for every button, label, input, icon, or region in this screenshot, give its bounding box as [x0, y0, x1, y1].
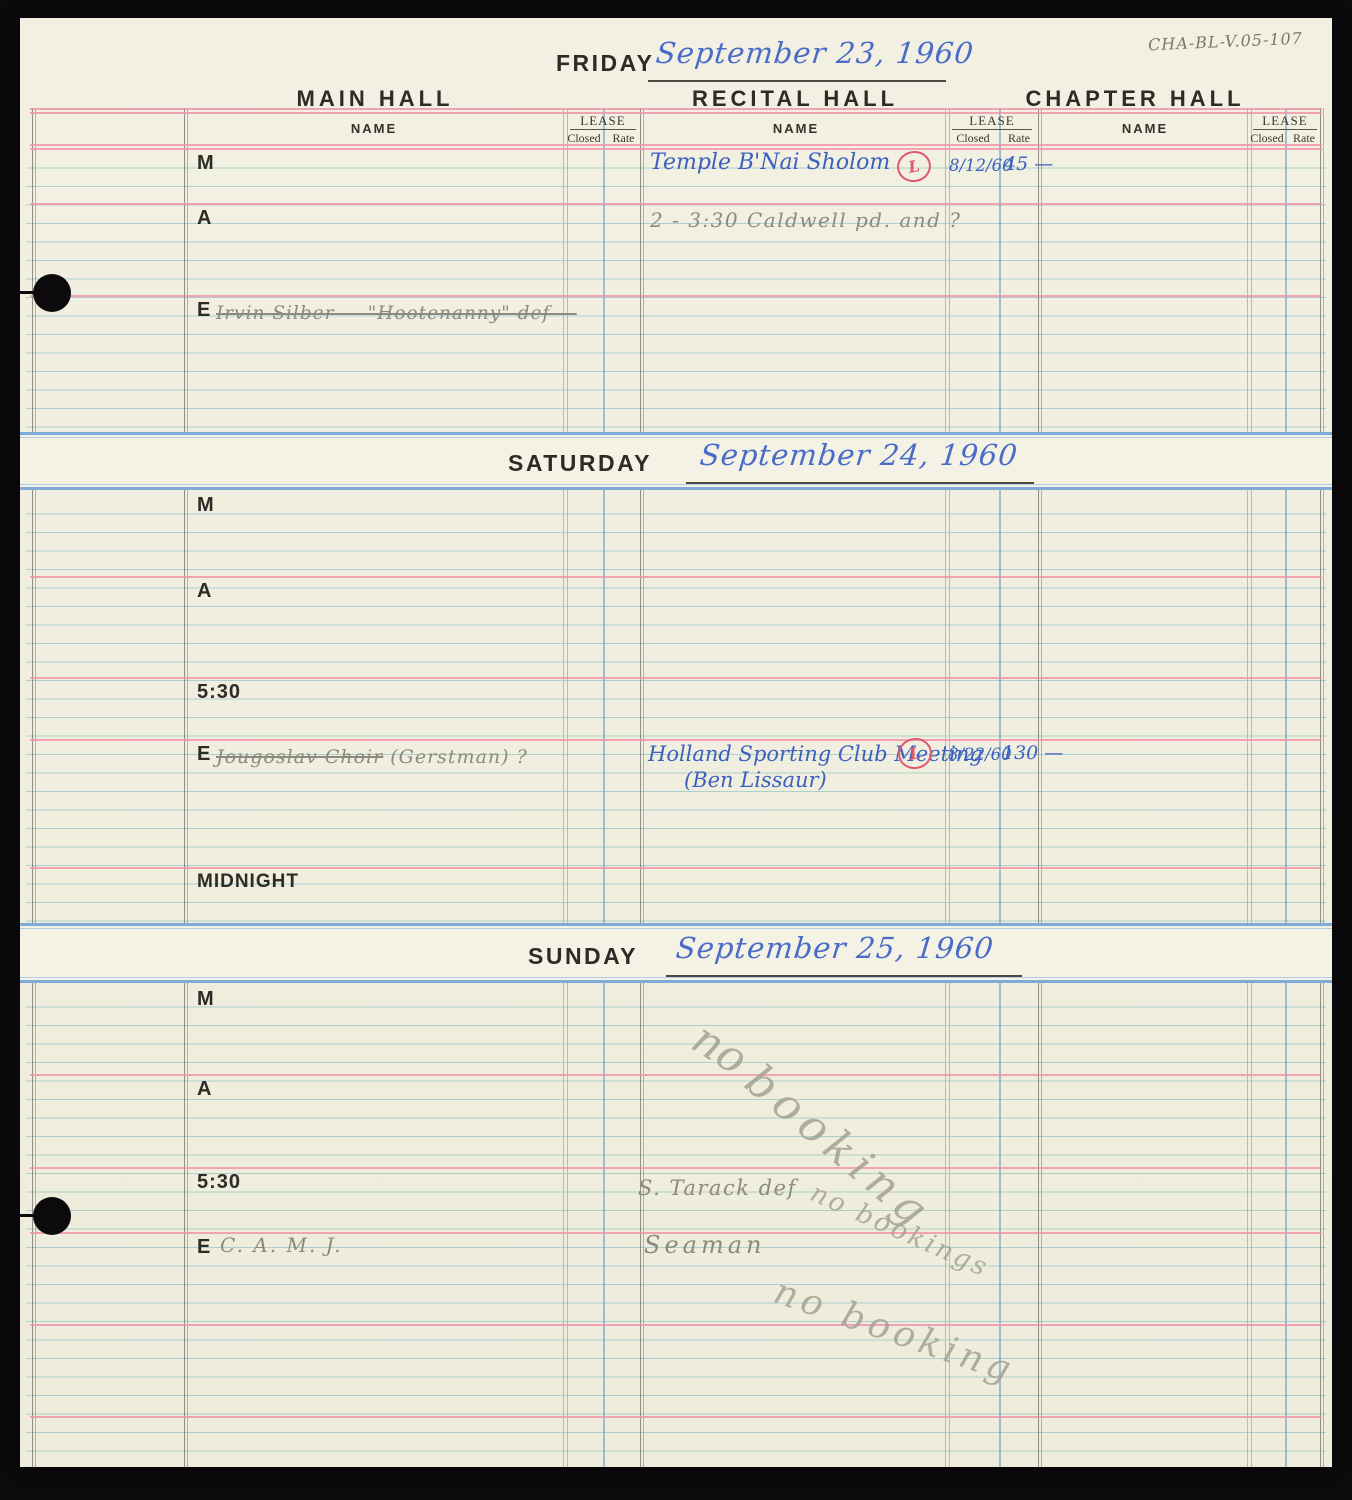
- row-label-m: M: [197, 152, 215, 175]
- row-label-530: 5:30: [197, 1171, 241, 1194]
- column-rule: [32, 490, 36, 923]
- row-label-a: A: [197, 580, 212, 603]
- column-rule: [603, 108, 605, 432]
- column-header-lease: LEASE: [564, 113, 642, 129]
- column-rule: [1320, 983, 1324, 1467]
- column-rule: [603, 490, 605, 923]
- ruled-lines: [26, 496, 1326, 923]
- rule: [30, 1167, 1322, 1169]
- row-label-530: 5:30: [197, 681, 241, 704]
- date-underline: [648, 80, 946, 82]
- column-rule: [999, 490, 1001, 923]
- column-rule: [1247, 490, 1252, 923]
- day-title-friday: FRIDAY: [556, 50, 655, 77]
- column-rule: [563, 983, 568, 1467]
- column-rule: [999, 983, 1001, 1467]
- column-header-name: NAME: [254, 121, 494, 136]
- band-rule: [20, 432, 1332, 435]
- rule: [30, 739, 1322, 741]
- cancelled-text: Jougoslav Choir: [216, 746, 383, 768]
- ruled-lines: [26, 150, 1326, 432]
- entry-temple-bnai-sholom: Temple B'Nai Sholom: [650, 150, 890, 175]
- rule: [30, 108, 1322, 110]
- column-rule: [1285, 983, 1287, 1467]
- column-rule: [1247, 108, 1252, 432]
- entry-ben-lissaur: (Ben Lissaur): [684, 768, 827, 792]
- rule: [30, 1324, 1322, 1326]
- column-header-closed: Closed: [1248, 131, 1286, 146]
- scan-background: FRIDAY September 23, 1960 CHA-BL-V.05-10…: [0, 0, 1352, 1500]
- lease-mark-letter: L: [908, 743, 922, 764]
- entry-note: (Gerstman) ?: [390, 746, 528, 768]
- entry-caldwell-note: 2 - 3:30 Caldwell pd. and ?: [650, 208, 962, 232]
- column-header-name: NAME: [676, 121, 916, 136]
- band-rule: [20, 437, 1332, 438]
- column-rule: [1038, 490, 1042, 923]
- row-label-m: M: [197, 494, 215, 517]
- column-rule: [1285, 490, 1287, 923]
- rule: [30, 867, 1322, 869]
- day-title-sunday: SUNDAY: [528, 943, 638, 970]
- band-rule: [20, 928, 1332, 929]
- rule: [30, 295, 1322, 297]
- saturday-section: M A 5:30 E MIDNIGHT Jougoslav Choir (Ger…: [20, 490, 1332, 923]
- entry-seaman: Seaman: [644, 1231, 765, 1259]
- rule: [30, 1074, 1322, 1076]
- friday-section: NAME NAME NAME LEASE LEASE LEASE Closed …: [20, 108, 1332, 432]
- row-label-e: E: [197, 299, 211, 322]
- row-label-midnight: MIDNIGHT: [197, 871, 299, 893]
- row-label-e: E: [197, 743, 211, 766]
- day-title-saturday: SATURDAY: [508, 450, 652, 477]
- entry-tarack-def: S. Tarack def: [638, 1176, 797, 1200]
- column-rule: [945, 490, 950, 923]
- ruled-lines: [26, 989, 1326, 1467]
- rule: [30, 112, 1322, 114]
- column-header-lease: LEASE: [1248, 113, 1322, 129]
- column-header-closed: Closed: [564, 131, 604, 146]
- date-underline: [686, 482, 1034, 484]
- date-underline: [666, 975, 1022, 977]
- band-rule: [20, 977, 1332, 978]
- saturday-band: SATURDAY September 24, 1960: [20, 432, 1332, 490]
- column-rule: [1247, 983, 1252, 1467]
- row-label-e: E: [197, 1236, 211, 1259]
- column-header-closed: Closed: [946, 131, 1000, 146]
- column-rule: [563, 490, 568, 923]
- entry-holland-sporting-club: Holland Sporting Club Meeting: [648, 742, 983, 766]
- column-header-lease: LEASE: [946, 113, 1038, 129]
- column-rule: [1320, 490, 1324, 923]
- row-label-m: M: [197, 988, 215, 1011]
- entry-irvin-silber-cancelled: Irvin Silber — "Hootenanny" def —: [216, 303, 577, 324]
- band-rule: [20, 923, 1332, 926]
- sunday-band: SUNDAY September 25, 1960: [20, 923, 1332, 983]
- entry-rate: 130 —: [1002, 742, 1063, 764]
- column-rule: [640, 490, 644, 923]
- entry-jugoslav-choir-cancelled: Jougoslav Choir (Gerstman) ?: [216, 746, 528, 768]
- column-rule: [32, 108, 36, 432]
- column-header-rate: Rate: [1286, 131, 1322, 146]
- rule: [30, 144, 1322, 146]
- date-sunday-handwritten: September 25, 1960: [674, 931, 995, 965]
- row-label-a: A: [197, 1078, 212, 1101]
- date-friday-handwritten: September 23, 1960: [654, 36, 975, 70]
- band-rule: [20, 484, 1332, 485]
- column-rule: [945, 983, 950, 1467]
- column-rule: [184, 490, 188, 923]
- date-saturday-handwritten: September 24, 1960: [698, 438, 1019, 472]
- rule: [30, 576, 1322, 578]
- column-rule: [184, 108, 188, 432]
- column-rule: [563, 108, 568, 432]
- punch-slit: [20, 291, 42, 294]
- column-rule: [1320, 108, 1324, 432]
- rule: [30, 1416, 1322, 1418]
- rule: [570, 129, 636, 130]
- lease-mark-letter: L: [907, 156, 921, 177]
- ledger-page: FRIDAY September 23, 1960 CHA-BL-V.05-10…: [20, 18, 1332, 1467]
- sunday-section: M A 5:30 E no booking S. Tarack def no b…: [20, 983, 1332, 1467]
- column-header-rate: Rate: [1000, 131, 1038, 146]
- column-header-name: NAME: [1025, 121, 1265, 136]
- column-rule: [640, 983, 644, 1467]
- column-header-rate: Rate: [605, 131, 642, 146]
- column-rule: [603, 983, 605, 1467]
- rule: [1253, 129, 1317, 130]
- rule: [30, 677, 1322, 679]
- column-rule: [1285, 108, 1287, 432]
- punch-slit: [20, 1214, 42, 1217]
- column-rule: [1038, 983, 1042, 1467]
- entry-rate: 45 —: [1004, 153, 1053, 175]
- rule: [952, 129, 1032, 130]
- archive-code: CHA-BL-V.05-107: [1148, 29, 1304, 55]
- column-rule: [184, 983, 188, 1467]
- entry-camj: C. A. M. J.: [220, 1233, 342, 1257]
- column-rule: [640, 108, 644, 432]
- row-label-a: A: [197, 207, 212, 230]
- rule: [30, 203, 1322, 205]
